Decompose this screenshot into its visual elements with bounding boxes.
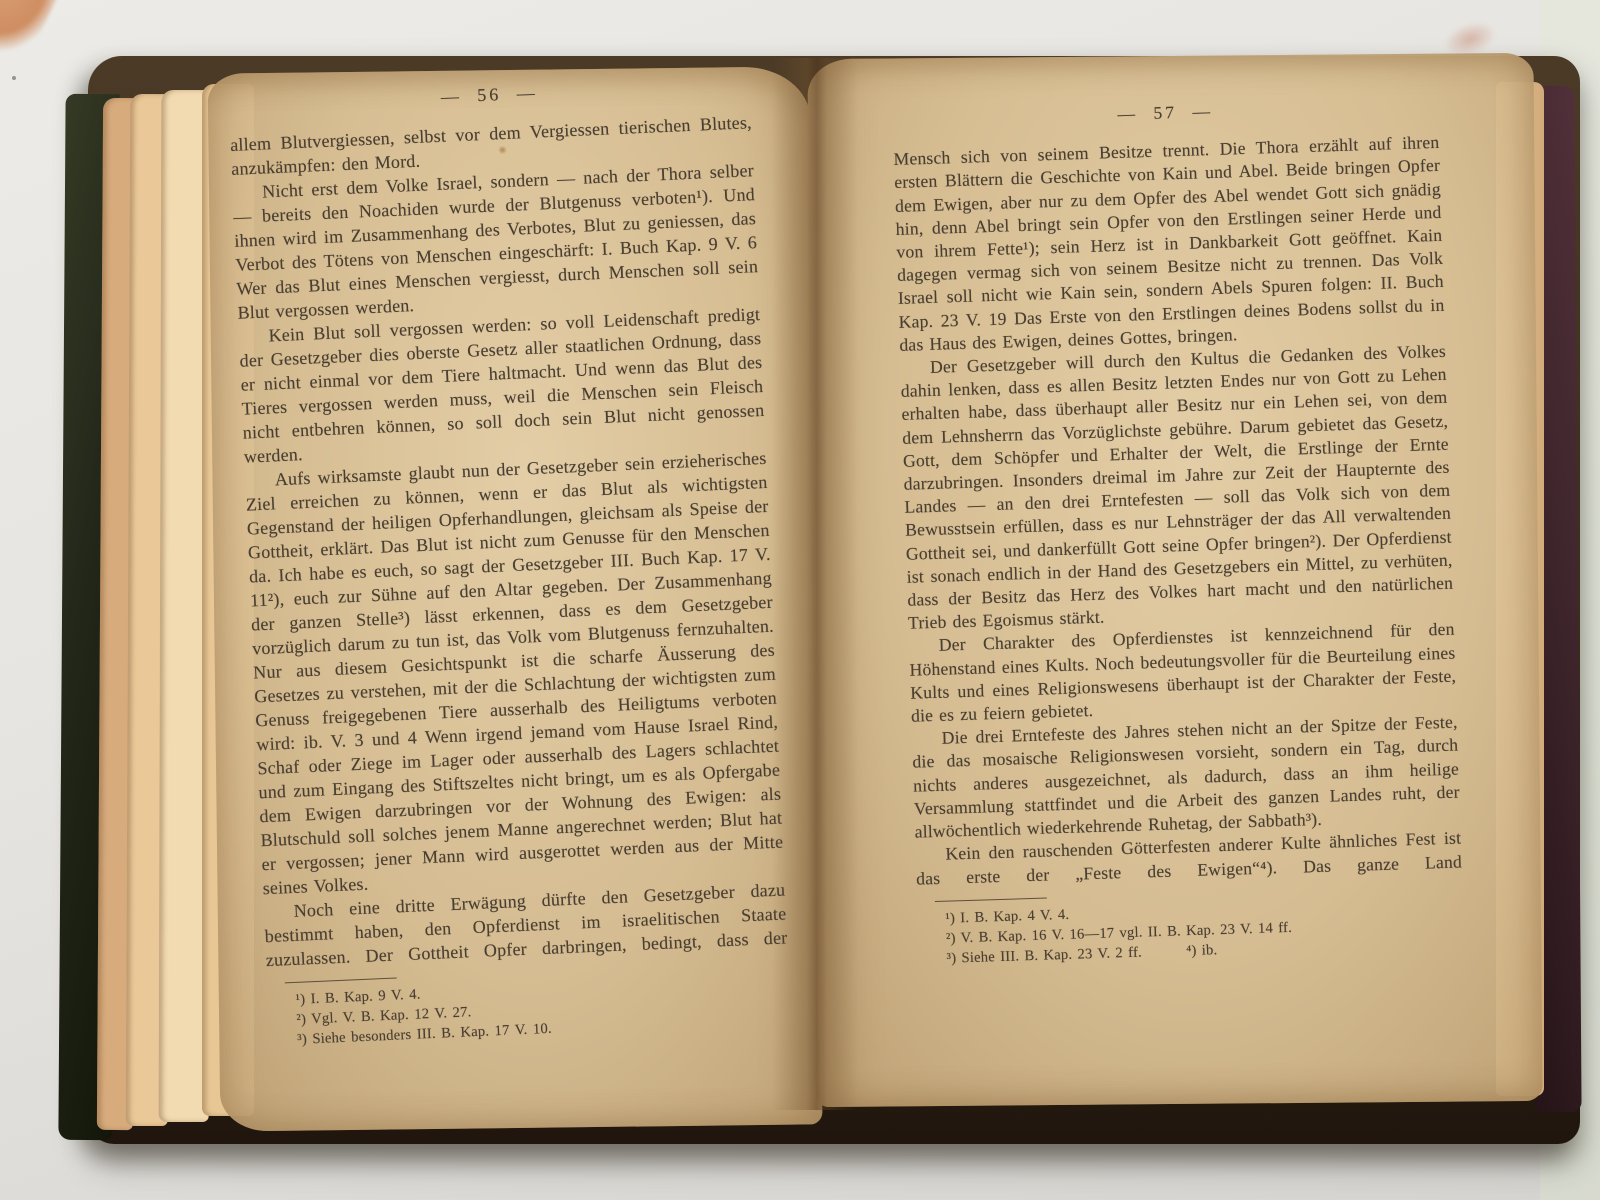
paragraph: Der Charakter des Opferdienstes ist kenn… [909,618,1458,728]
paragraph: Der Gesetzgeber will durch den Kultus di… [900,340,1454,635]
footnote-rule [285,977,397,983]
paragraph: Nicht erst dem Volke Israel, sondern — n… [232,158,760,325]
right-page-text: — 57 — Mensch sich von seinem Besitze tr… [892,93,1465,969]
left-page-text: — 56 — allem Blutvergiessen, selbst vor … [228,71,791,1051]
footnote-rule [935,897,1047,902]
paragraph: Aufs wirksamste glaubt nun der Gesetzgeb… [244,446,784,900]
paragraph: Die drei Erntefeste des Jahres stehen ni… [911,711,1460,844]
paragraph: Kein Blut soll vergossen werden: so voll… [238,302,766,469]
paragraph: Mensch sich von seinem Besitze trennt. D… [893,131,1445,357]
corner-object [0,0,63,64]
dust-speck [12,76,16,80]
photo-open-book: — 56 — allem Blutvergiessen, selbst vor … [0,0,1600,1200]
